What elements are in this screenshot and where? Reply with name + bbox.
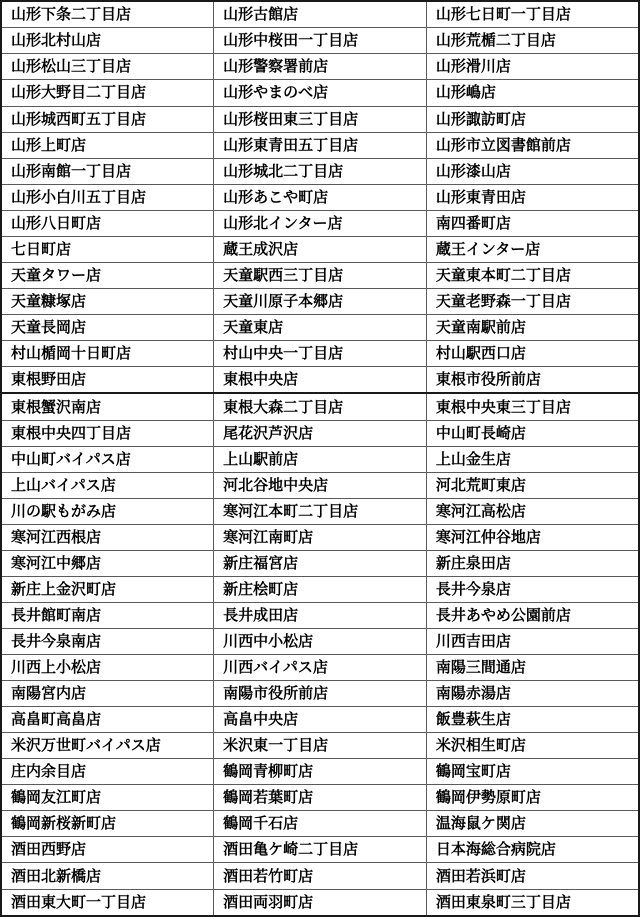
store-cell: 天童南駅前店: [426, 314, 639, 340]
store-cell: 山形城西町五丁目店: [1, 106, 214, 132]
store-cell: 天童長岡店: [1, 314, 214, 340]
store-cell: 酒田両羽町店: [214, 889, 427, 916]
store-cell: 酒田北新橋店: [1, 863, 214, 889]
store-cell: 東根中央東三丁目店: [426, 393, 639, 420]
table-row: 庄内余目店鶴岡青柳町店鶴岡宝町店: [1, 759, 639, 785]
store-cell: 酒田東泉町三丁目店: [426, 889, 639, 916]
table-row: 山形南館一丁目店山形城北二丁目店山形漆山店: [1, 158, 639, 184]
store-cell: 寒河江高松店: [426, 498, 639, 524]
table-row: 南陽宮内店南陽市役所前店南陽赤湯店: [1, 681, 639, 707]
store-cell: 山形東青田五丁目店: [214, 132, 427, 158]
store-cell: 鶴岡青柳町店: [214, 759, 427, 785]
table-row: 新庄上金沢町店新庄桧町店長井今泉店: [1, 576, 639, 602]
store-cell: 山形大野目二丁目店: [1, 80, 214, 106]
store-cell: 庄内余目店: [1, 759, 214, 785]
store-cell: 山形北インター店: [214, 210, 427, 236]
store-cell: 山形中桜田一丁目店: [214, 28, 427, 54]
store-cell: 天童老野森一丁目店: [426, 288, 639, 314]
store-cell: 酒田東大町一丁目店: [1, 889, 214, 916]
store-table-body: 山形下条二丁目店山形古館店山形七日町一丁目店山形北村山店山形中桜田一丁目店山形荒…: [1, 1, 639, 916]
store-cell: 山形滑川店: [426, 54, 639, 80]
store-cell: 米沢東一丁目店: [214, 733, 427, 759]
store-cell: 東根蟹沢南店: [1, 393, 214, 420]
store-cell: 鶴岡伊勢原町店: [426, 785, 639, 811]
store-cell: 鶴岡宝町店: [426, 759, 639, 785]
store-cell: 川西中小松店: [214, 629, 427, 655]
store-cell: 山形あこや町店: [214, 184, 427, 210]
table-row: 川の駅もがみ店寒河江本町二丁目店寒河江高松店: [1, 498, 639, 524]
store-cell: 村山駅西口店: [426, 340, 639, 366]
table-row: 山形城西町五丁目店山形桜田東三丁目店山形諏訪町店: [1, 106, 639, 132]
store-cell: 寒河江西根店: [1, 524, 214, 550]
table-row: 山形上町店山形東青田五丁目店山形市立図書館前店: [1, 132, 639, 158]
store-cell: 酒田西野店: [1, 837, 214, 863]
store-cell: 山形荒楯二丁目店: [426, 28, 639, 54]
store-cell: 蔵王成沢店: [214, 236, 427, 262]
store-cell: 米沢相生町店: [426, 733, 639, 759]
store-cell: 飯豊萩生店: [426, 707, 639, 733]
store-cell: 天童糠塚店: [1, 288, 214, 314]
store-cell: 山形城北二丁目店: [214, 158, 427, 184]
store-table: 山形下条二丁目店山形古館店山形七日町一丁目店山形北村山店山形中桜田一丁目店山形荒…: [0, 0, 640, 917]
table-row: 天童長岡店天童東店天童南駅前店: [1, 314, 639, 340]
table-row: 山形北村山店山形中桜田一丁目店山形荒楯二丁目店: [1, 28, 639, 54]
store-cell: 新庄上金沢町店: [1, 576, 214, 602]
table-row: 山形松山三丁目店山形警察署前店山形滑川店: [1, 54, 639, 80]
table-row: 東根野田店東根中央店東根市役所前店: [1, 366, 639, 393]
table-row: 山形大野目二丁目店山形やまのべ店山形嶋店: [1, 80, 639, 106]
store-cell: 山形八日町店: [1, 210, 214, 236]
store-cell: 上山バイパス店: [1, 472, 214, 498]
table-row: 酒田西野店酒田亀ケ崎二丁目店日本海総合病院店: [1, 837, 639, 863]
store-cell: 東根中央四丁目店: [1, 420, 214, 446]
table-row: 鶴岡新桜新町店鶴岡千石店温海鼠ケ関店: [1, 811, 639, 837]
store-cell: 南陽宮内店: [1, 681, 214, 707]
table-row: 中山町バイパス店上山駅前店上山金生店: [1, 446, 639, 472]
store-cell: 山形漆山店: [426, 158, 639, 184]
store-cell: 天童東本町二丁目店: [426, 262, 639, 288]
store-cell: 尾花沢芦沢店: [214, 420, 427, 446]
store-cell: 山形市立図書館前店: [426, 132, 639, 158]
table-row: 東根中央四丁目店尾花沢芦沢店中山町長崎店: [1, 420, 639, 446]
store-cell: 村山楯岡十日町店: [1, 340, 214, 366]
table-row: 天童糠塚店天童川原子本郷店天童老野森一丁目店: [1, 288, 639, 314]
store-cell: 新庄泉田店: [426, 550, 639, 576]
store-cell: 鶴岡千石店: [214, 811, 427, 837]
store-cell: 山形七日町一丁目店: [426, 1, 639, 28]
store-cell: 長井館町南店: [1, 603, 214, 629]
store-cell: 日本海総合病院店: [426, 837, 639, 863]
table-row: 酒田北新橋店酒田若竹町店酒田若浜町店: [1, 863, 639, 889]
table-row: 高畠町高畠店高畠中央店飯豊萩生店: [1, 707, 639, 733]
store-cell: 酒田亀ケ崎二丁目店: [214, 837, 427, 863]
store-cell: 新庄桧町店: [214, 576, 427, 602]
store-cell: 山形桜田東三丁目店: [214, 106, 427, 132]
store-cell: 河北荒町東店: [426, 472, 639, 498]
table-row: 長井今泉南店川西中小松店川西吉田店: [1, 629, 639, 655]
store-cell: 上山金生店: [426, 446, 639, 472]
table-row: 寒河江中郷店新庄福宮店新庄泉田店: [1, 550, 639, 576]
store-cell: 山形小白川五丁目店: [1, 184, 214, 210]
store-cell: 東根中央店: [214, 366, 427, 393]
store-cell: 山形やまのべ店: [214, 80, 427, 106]
store-cell: 山形諏訪町店: [426, 106, 639, 132]
store-cell: 寒河江本町二丁目店: [214, 498, 427, 524]
store-cell: 川西バイパス店: [214, 655, 427, 681]
store-cell: 天童駅西三丁目店: [214, 262, 427, 288]
table-row: 天童タワー店天童駅西三丁目店天童東本町二丁目店: [1, 262, 639, 288]
store-list-page: 山形下条二丁目店山形古館店山形七日町一丁目店山形北村山店山形中桜田一丁目店山形荒…: [0, 0, 640, 917]
store-cell: 南四番町店: [426, 210, 639, 236]
store-cell: 河北谷地中央店: [214, 472, 427, 498]
store-cell: 蔵王インター店: [426, 236, 639, 262]
store-cell: 天童東店: [214, 314, 427, 340]
table-row: 鶴岡友江町店鶴岡若葉町店鶴岡伊勢原町店: [1, 785, 639, 811]
store-cell: 高畠町高畠店: [1, 707, 214, 733]
store-cell: 新庄福宮店: [214, 550, 427, 576]
table-row: 長井館町南店長井成田店長井あやめ公園前店: [1, 603, 639, 629]
store-cell: 南陽市役所前店: [214, 681, 427, 707]
store-cell: 山形上町店: [1, 132, 214, 158]
store-cell: 七日町店: [1, 236, 214, 262]
store-cell: 東根大森二丁目店: [214, 393, 427, 420]
table-row: 山形八日町店山形北インター店南四番町店: [1, 210, 639, 236]
store-cell: 東根野田店: [1, 366, 214, 393]
store-cell: 鶴岡若葉町店: [214, 785, 427, 811]
store-cell: 山形嶋店: [426, 80, 639, 106]
table-row: 村山楯岡十日町店村山中央一丁目店村山駅西口店: [1, 340, 639, 366]
store-cell: 山形古館店: [214, 1, 427, 28]
store-cell: 鶴岡新桜新町店: [1, 811, 214, 837]
store-cell: 南陽赤湯店: [426, 681, 639, 707]
store-cell: 上山駅前店: [214, 446, 427, 472]
store-cell: 長井あやめ公園前店: [426, 603, 639, 629]
store-cell: 川西吉田店: [426, 629, 639, 655]
store-cell: 寒河江中郷店: [1, 550, 214, 576]
store-cell: 村山中央一丁目店: [214, 340, 427, 366]
store-cell: 山形松山三丁目店: [1, 54, 214, 80]
store-cell: 山形南館一丁目店: [1, 158, 214, 184]
store-cell: 山形東青田店: [426, 184, 639, 210]
store-cell: 長井今泉南店: [1, 629, 214, 655]
table-row: 米沢万世町バイパス店米沢東一丁目店米沢相生町店: [1, 733, 639, 759]
store-cell: 鶴岡友江町店: [1, 785, 214, 811]
table-row: 七日町店蔵王成沢店蔵王インター店: [1, 236, 639, 262]
store-cell: 温海鼠ケ関店: [426, 811, 639, 837]
store-cell: 寒河江南町店: [214, 524, 427, 550]
store-cell: 南陽三間通店: [426, 655, 639, 681]
table-row: 上山バイパス店河北谷地中央店河北荒町東店: [1, 472, 639, 498]
table-row: 寒河江西根店寒河江南町店寒河江仲谷地店: [1, 524, 639, 550]
store-cell: 天童タワー店: [1, 262, 214, 288]
table-row: 山形下条二丁目店山形古館店山形七日町一丁目店: [1, 1, 639, 28]
table-row: 川西上小松店川西バイパス店南陽三間通店: [1, 655, 639, 681]
store-cell: 寒河江仲谷地店: [426, 524, 639, 550]
store-cell: 山形下条二丁目店: [1, 1, 214, 28]
store-cell: 長井成田店: [214, 603, 427, 629]
store-cell: 米沢万世町バイパス店: [1, 733, 214, 759]
store-cell: 天童川原子本郷店: [214, 288, 427, 314]
store-cell: 中山町バイパス店: [1, 446, 214, 472]
store-cell: 酒田若竹町店: [214, 863, 427, 889]
table-row: 酒田東大町一丁目店酒田両羽町店酒田東泉町三丁目店: [1, 889, 639, 916]
store-cell: 山形北村山店: [1, 28, 214, 54]
store-cell: 東根市役所前店: [426, 366, 639, 393]
store-cell: 川の駅もがみ店: [1, 498, 214, 524]
table-row: 山形小白川五丁目店山形あこや町店山形東青田店: [1, 184, 639, 210]
table-row: 東根蟹沢南店東根大森二丁目店東根中央東三丁目店: [1, 393, 639, 420]
store-cell: 酒田若浜町店: [426, 863, 639, 889]
store-cell: 川西上小松店: [1, 655, 214, 681]
store-cell: 高畠中央店: [214, 707, 427, 733]
store-cell: 中山町長崎店: [426, 420, 639, 446]
store-cell: 長井今泉店: [426, 576, 639, 602]
store-cell: 山形警察署前店: [214, 54, 427, 80]
